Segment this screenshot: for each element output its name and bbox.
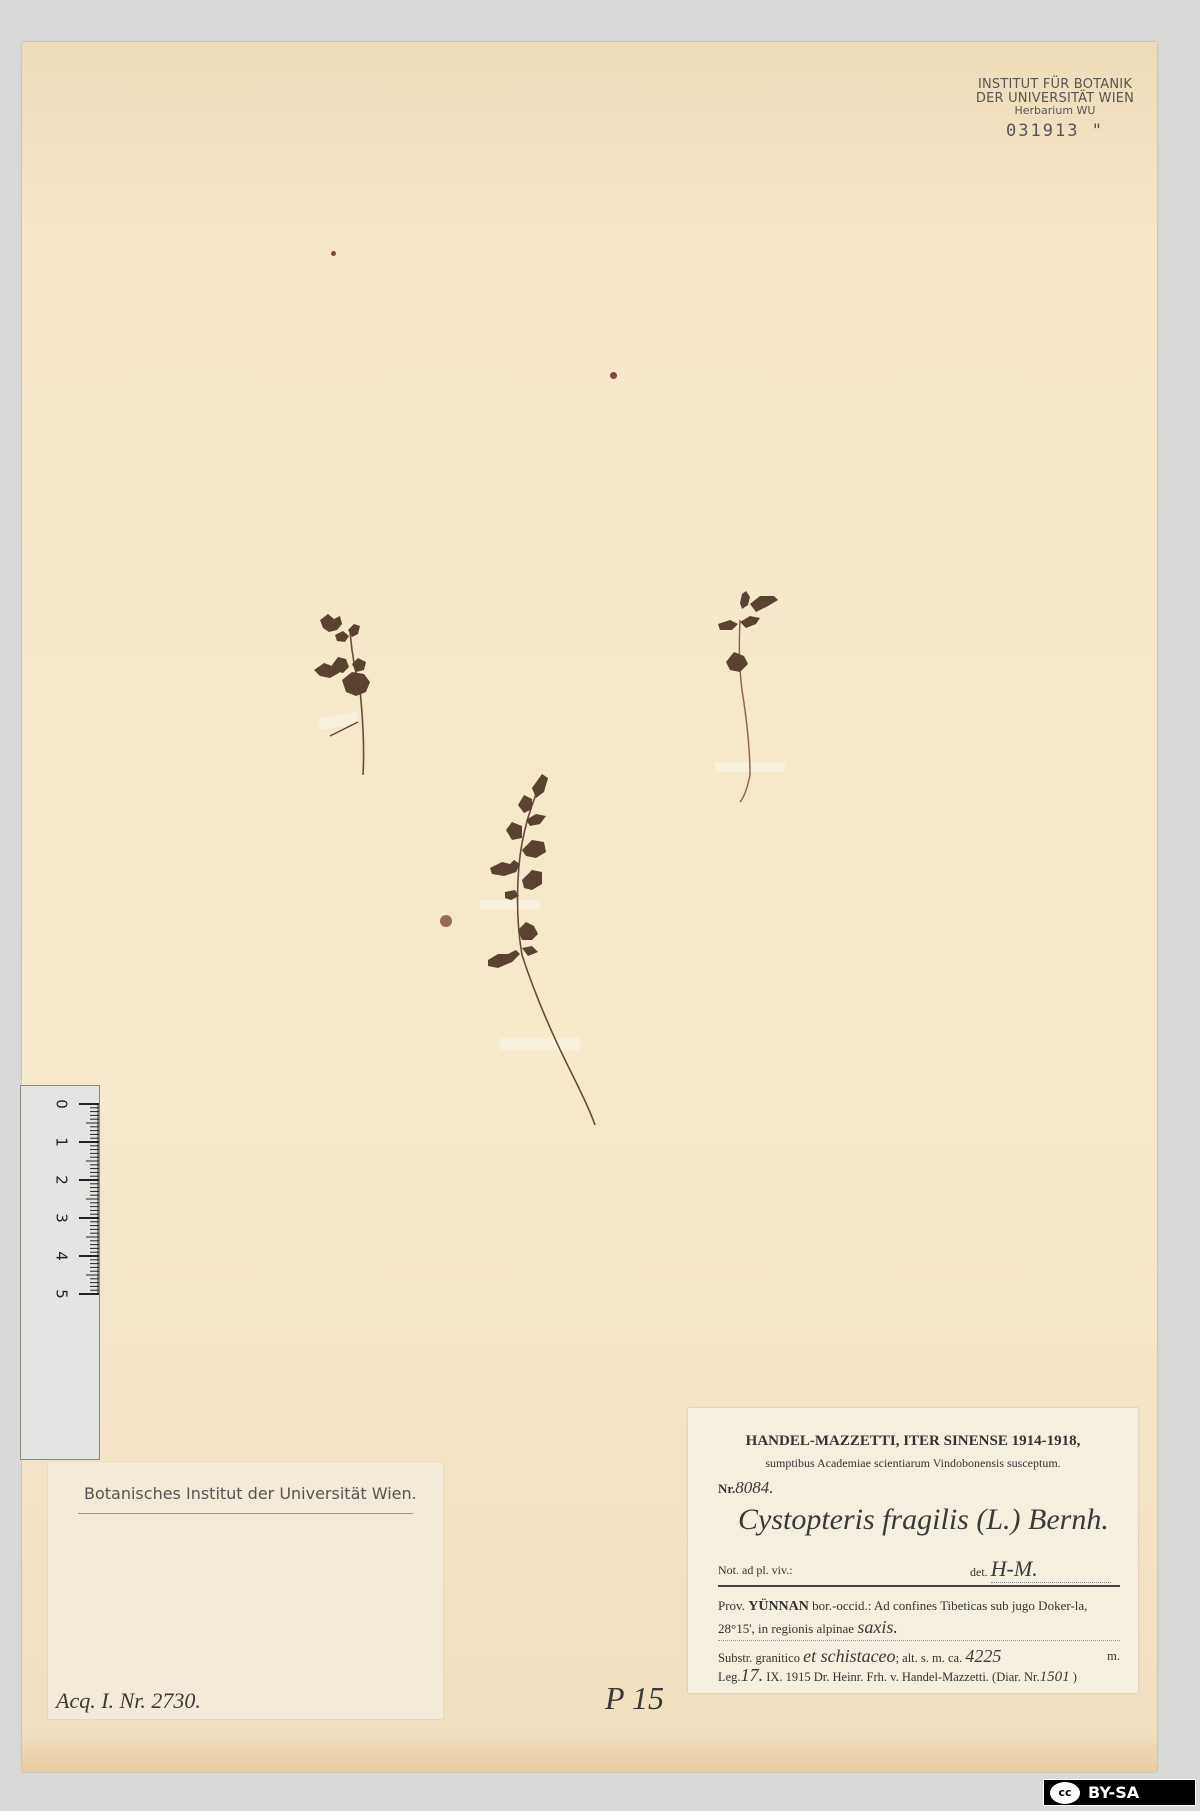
- collection-label: HANDEL-MAZZETTI, ITER SINENSE 1914-1918,…: [688, 1408, 1138, 1693]
- notes-label: Not. ad pl. viv.:: [718, 1563, 793, 1578]
- ruler-ticks: 012345: [21, 1086, 99, 1459]
- label-subheader: sumptibus Academiae scientiarum Vindobon…: [688, 1456, 1138, 1471]
- stamp-line-1: INSTITUT FÜR BOTANIK: [965, 78, 1145, 92]
- det-value: H-M.: [991, 1556, 1111, 1583]
- fern-frond-right: [700, 580, 800, 810]
- prov-label: Prov.: [718, 1598, 745, 1613]
- substrate-label: Substr. granitico: [718, 1651, 800, 1665]
- altitude-value: 4225: [965, 1646, 1001, 1666]
- determiner: det. H-M.: [970, 1556, 1111, 1583]
- diar-value: 1501: [1040, 1669, 1070, 1685]
- det-label: det.: [970, 1565, 988, 1579]
- locality: Prov. YÜNNAN bor.-occid.: Ad confines Ti…: [718, 1596, 1120, 1639]
- svg-text:1: 1: [53, 1137, 71, 1147]
- svg-text:2: 2: [53, 1175, 71, 1185]
- barcode-number: 031913 ": [965, 123, 1145, 141]
- institute-label-title: Botanisches Institut der Universität Wie…: [84, 1484, 417, 1503]
- svg-text:4: 4: [53, 1251, 71, 1261]
- speck: [440, 915, 452, 927]
- fern-frond-left: [290, 600, 400, 780]
- altitude-label: ; alt. s. m. ca.: [896, 1651, 963, 1665]
- institute-label: Botanisches Institut der Universität Wie…: [48, 1462, 443, 1719]
- acquisition-number: Acq. I. Nr. 2730.: [56, 1688, 201, 1714]
- habitat: saxis.: [857, 1617, 898, 1637]
- taxon-name: Cystopteris fragilis (L.) Bernh.: [738, 1503, 1109, 1537]
- leg-rest: IX. 1915 Dr. Heinr. Frh. v. Handel-Mazze…: [766, 1670, 1039, 1684]
- speck: [610, 372, 617, 379]
- leg-day: 17.: [741, 1665, 764, 1685]
- license-badge[interactable]: cc BY-SA: [1043, 1779, 1196, 1806]
- license-label: BY-SA: [1088, 1783, 1139, 1802]
- stamp-line-3: Herbarium WU: [965, 105, 1145, 117]
- altitude-unit: m.: [1107, 1648, 1120, 1665]
- nr-label: Nr.: [718, 1481, 735, 1496]
- divider: [78, 1513, 413, 1514]
- speck: [331, 251, 336, 256]
- leg-label: Leg.: [718, 1670, 741, 1684]
- collection-number: Nr.8084.: [718, 1478, 773, 1498]
- dotted-line: [718, 1640, 1120, 1641]
- label-header: HANDEL-MAZZETTI, ITER SINENSE 1914-1918,: [688, 1433, 1138, 1450]
- svg-text:5: 5: [53, 1289, 71, 1299]
- substrate-and-collector: Substr. granitico et schistaceo; alt. s.…: [718, 1648, 1120, 1686]
- sheet-annotation: P 15: [605, 1680, 664, 1717]
- scale-ruler: 012345: [20, 1085, 100, 1460]
- stamp-line-2: DER UNIVERSITÄT WIEN: [965, 92, 1145, 106]
- province: YÜNNAN: [748, 1599, 809, 1614]
- nr-value: 8084.: [735, 1478, 773, 1497]
- diar-close: ): [1073, 1670, 1077, 1684]
- svg-text:3: 3: [53, 1213, 71, 1223]
- herbarium-stamp: INSTITUT FÜR BOTANIK DER UNIVERSITÄT WIE…: [965, 78, 1145, 141]
- substrate-value: et schistaceo: [803, 1646, 895, 1666]
- fern-frond-center: [460, 770, 610, 1130]
- cc-icon: cc: [1050, 1782, 1080, 1804]
- svg-text:0: 0: [53, 1099, 71, 1109]
- divider: [718, 1585, 1120, 1587]
